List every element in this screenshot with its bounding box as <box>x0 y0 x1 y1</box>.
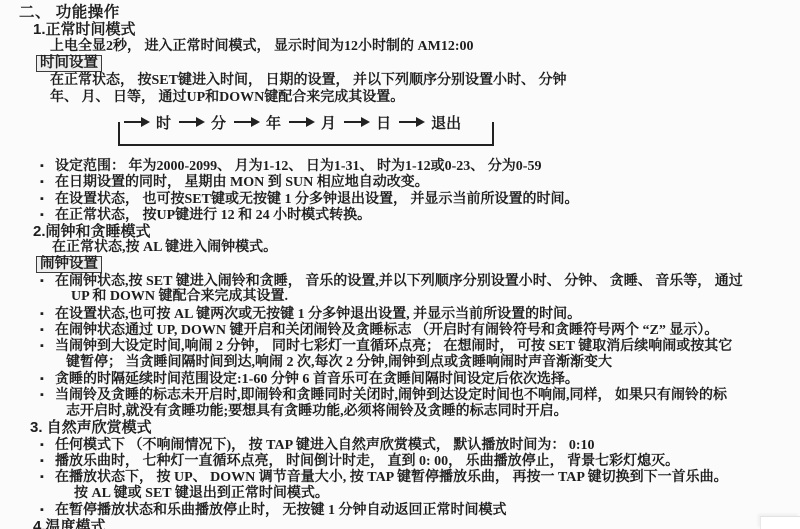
sub2-heading: 2.闹钟和贪睡模式 <box>33 224 800 240</box>
alarm-setting-label: 闹钟设置 <box>36 256 102 273</box>
list-item-text: 当闹铃及贪睡的标志未开启时,即闹铃和贪睡同时关闭时,闹钟到达设定时间也不响闹,同… <box>55 388 727 403</box>
list-item: 在日期设置的同时， 星期由 MON 到 SUN 相应地自动改变。 <box>40 174 800 190</box>
bullet-icon <box>40 322 55 338</box>
bullet-icon <box>40 437 55 453</box>
time-setting-para-line: 在正常状态， 按SET键进入时间， 日期的设置， 并以下列顺序分别设置小时、 分… <box>50 72 800 89</box>
list-item: 任何模式下 （不响闹情况下)， 按 TAP 键进入自然声欣赏模式， 默认播放时间… <box>40 437 800 453</box>
bullet-icon <box>40 502 55 518</box>
arrow-right-icon <box>234 121 258 124</box>
time-setting-para-line: 年、 月、 日等， 通过UP和DOWN键配合来完成其设置。 <box>50 89 800 106</box>
list-item-text: 在闹钟状态,按 SET 键进入闹铃和贪睡， 音乐的设置,并以下列顺序分别设置小时… <box>55 274 743 289</box>
alarm-setting-label-row: 闹钟设置 <box>36 256 800 272</box>
sub3-heading: 3. 自然声欣赏模式 <box>30 420 800 436</box>
sub1-intro: 上电全显2秒， 进入正常时间模式， 显示时间为12小时制的 AM12:00 <box>50 38 800 55</box>
list-item-text: 在暂停播放状态和乐曲播放停止时， 无按键 1 分钟自动返回正常时间模式 <box>55 503 507 518</box>
bullet-icon <box>40 371 55 387</box>
list-item-continuation: 志开启时,就没有贪睡功能;要想具有贪睡功能,必须将闹铃及贪睡的标志同时开启。 <box>66 404 800 420</box>
list-item: 在播放状态下， 按 UP、 DOWN 调节音量大小, 按 TAP 键暂停播放乐曲… <box>40 469 800 485</box>
list-item-text: 播放乐曲时， 七种灯一直循环点亮， 时间倒计时走， 直到 0: 00， 乐曲播放… <box>55 454 679 469</box>
sub4-heading: 4.温度模式 <box>33 519 800 529</box>
list-item-text: 设定范围： 年为2000-2099、 月为1-12、 日为1-31、 时为1-1… <box>55 159 541 174</box>
arrow-right-icon <box>124 121 148 124</box>
list-item: 在暂停播放状态和乐曲播放停止时， 无按键 1 分钟自动返回正常时间模式 <box>40 502 800 518</box>
list-item: 当闹铃及贪睡的标志未开启时,即闹铃和贪睡同时关闭时,闹钟到达设定时间也不响闹,同… <box>40 387 800 403</box>
arrow-right-icon <box>289 121 313 124</box>
bullet-icon <box>40 453 55 469</box>
bullet-icon <box>40 306 55 322</box>
bullet-icon <box>40 273 55 289</box>
list-item: 在闹钟状态通过 UP, DOWN 键开启和关闭闹铃及贪睡标志 （开启时有闹铃符号… <box>40 322 800 338</box>
arrow-right-icon <box>399 121 423 124</box>
list-item: 贪睡的时隔延续时间范围设定:1-60 分钟 6 首音乐可在贪睡间隔时间设定后依次… <box>40 371 800 387</box>
list-item-continuation: 键暂停； 当贪睡间隔时间到达,响闹 2 次,每次 2 分钟,闹钟到点或贪睡响闹时… <box>66 355 800 371</box>
sub2-intro: 在正常状态,按 AL 键进入闹钟模式。 <box>52 240 800 256</box>
flow-step-year: 年 <box>266 112 281 133</box>
list-item-text: 在设置状态， 也可按SET键或无按键 1 分多钟退出设置， 并显示当前所设置的时… <box>55 192 578 207</box>
list-item-text: 任何模式下 （不响闹情况下)， 按 TAP 键进入自然声欣赏模式， 默认播放时间… <box>55 438 595 453</box>
time-setting-label: 时间设置 <box>36 55 102 72</box>
bullet-icon <box>40 469 55 485</box>
bullet-icon <box>40 158 55 174</box>
list-item: 设定范围： 年为2000-2099、 月为1-12、 日为1-31、 时为1-1… <box>40 158 800 174</box>
list-item-text: 在正常状态， 按UP键进行 12 和 24 小时模式转换。 <box>55 208 371 223</box>
list-item: 在闹钟状态,按 SET 键进入闹铃和贪睡， 音乐的设置,并以下列顺序分别设置小时… <box>40 273 800 289</box>
list-item-text: 在闹钟状态通过 UP, DOWN 键开启和关闭闹铃及贪睡标志 （开启时有闹铃符号… <box>55 323 718 338</box>
setting-sequence-diagram: 时 分 年 月 日 退出 <box>118 110 494 148</box>
list-item: 播放乐曲时， 七种灯一直循环点亮， 时间倒计时走， 直到 0: 00， 乐曲播放… <box>40 453 800 469</box>
setting-sequence-row: 时 分 年 月 日 退出 <box>118 110 494 134</box>
list-item-continuation: 按 AL 键或 SET 键退出到正常时间模式。 <box>74 486 800 502</box>
list-item: 当闹钟到大设定时间,响闹 2 分钟， 同时七彩灯一直循环点亮； 在想闹时， 可按… <box>40 338 800 354</box>
list-item-text: 在播放状态下， 按 UP、 DOWN 调节音量大小, 按 TAP 键暂停播放乐曲… <box>55 470 728 485</box>
flow-step-exit: 退出 <box>431 112 461 133</box>
bullet-icon <box>40 207 55 223</box>
flow-step-month: 月 <box>321 112 336 133</box>
bullet-icon <box>40 387 55 403</box>
time-setting-label-row: 时间设置 <box>36 55 800 72</box>
list-item-continuation: UP 和 DOWN 键配合来完成其设置. <box>71 289 800 305</box>
sub1-heading: 1.正常时间模式 <box>33 21 800 38</box>
scan-artifact-panel-corner <box>760 516 800 529</box>
bullet-icon <box>40 174 55 190</box>
list-item-text: 贪睡的时隔延续时间范围设定:1-60 分钟 6 首音乐可在贪睡间隔时间设定后依次… <box>55 372 579 387</box>
bullet-icon <box>40 191 55 207</box>
list-item: 在正常状态， 按UP键进行 12 和 24 小时模式转换。 <box>40 207 800 223</box>
list-item-text: 在设置状态,也可按 AL 键两次或无按键 1 分多钟退出设置, 并显示当前所设置… <box>55 307 581 322</box>
list-item-text: 当闹钟到大设定时间,响闹 2 分钟， 同时七彩灯一直循环点亮； 在想闹时， 可按… <box>55 339 732 354</box>
bullet-icon <box>40 338 55 354</box>
list-item-text: 在日期设置的同时， 星期由 MON 到 SUN 相应地自动改变。 <box>55 175 429 190</box>
arrow-right-icon <box>344 121 368 124</box>
manual-page: 二、 功能操作 1.正常时间模式 上电全显2秒， 进入正常时间模式， 显示时间为… <box>0 0 800 529</box>
list-item: 在设置状态,也可按 AL 键两次或无按键 1 分多钟退出设置, 并显示当前所设置… <box>40 306 800 322</box>
flow-step-day: 日 <box>376 112 391 133</box>
flow-step-minute: 分 <box>211 112 226 133</box>
list-item: 在设置状态， 也可按SET键或无按键 1 分多钟退出设置， 并显示当前所设置的时… <box>40 191 800 207</box>
flow-step-hour: 时 <box>156 112 171 133</box>
section-heading: 二、 功能操作 <box>19 4 800 21</box>
arrow-right-icon <box>179 121 203 124</box>
